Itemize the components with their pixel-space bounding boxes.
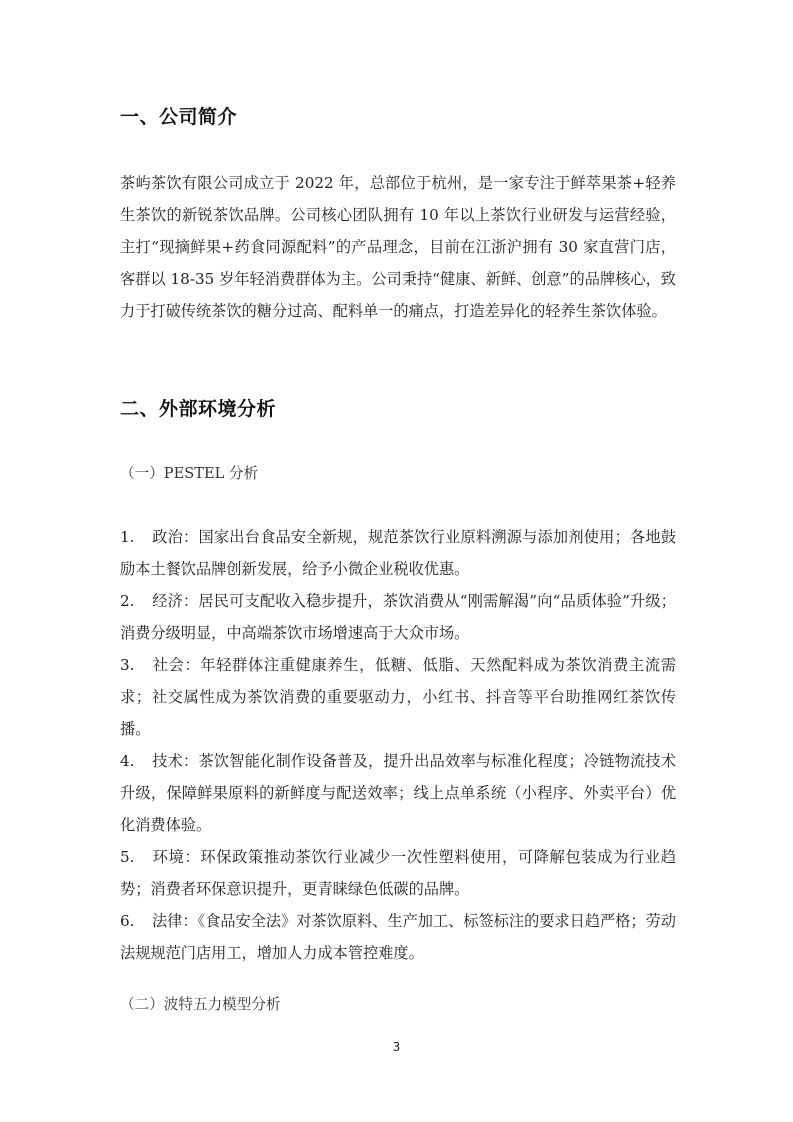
company-profile-paragraph: 茶屿茶饮有限公司成立于 2022 年，总部位于杭州，是一家专注于鲜萃果茶+轻养生… xyxy=(120,167,676,327)
list-item-text: 技术：茶饮智能化制作设备普及，提升出品效率与标准化程度；冷链物流技术升级，保障鲜… xyxy=(120,752,676,834)
document-page: 一、公司简介 茶屿茶饮有限公司成立于 2022 年，总部位于杭州，是一家专注于鲜… xyxy=(0,0,793,1122)
section-heading-external-environment: 二、外部环境分析 xyxy=(120,397,276,421)
list-item-text: 法律：《食品安全法》对茶饮原料、生产加工、标签标注的要求日趋严格；劳动法规规范门… xyxy=(120,912,676,962)
pestel-list: 1.政治：国家出台食品安全新规，规范茶饮行业原料溯源与添加剂使用；各地鼓励本土餐… xyxy=(120,521,676,969)
page-number: 3 xyxy=(0,1040,793,1054)
pestel-item-environmental: 5.环境：环保政策推动茶饮行业减少一次性塑料使用，可降解包装成为行业趋势；消费者… xyxy=(120,841,676,905)
pestel-item-economic: 2.经济：居民可支配收入稳步提升，茶饮消费从“刚需解渴”向“品质体验”升级；消费… xyxy=(120,585,676,649)
list-number: 3. xyxy=(120,649,152,681)
list-number: 2. xyxy=(120,585,152,617)
subsection-heading-pestel: （一）PESTEL 分析 xyxy=(120,464,258,484)
pestel-item-technological: 4.技术：茶饮智能化制作设备普及，提升出品效率与标准化程度；冷链物流技术升级，保… xyxy=(120,745,676,841)
section-heading-company-profile: 一、公司简介 xyxy=(120,105,237,129)
list-number: 1. xyxy=(120,521,152,553)
list-item-text: 社会：年轻群体注重健康养生，低糖、低脂、天然配料成为茶饮消费主流需求；社交属性成… xyxy=(120,656,676,738)
list-number: 6. xyxy=(120,905,152,937)
list-item-text: 环境：环保政策推动茶饮行业减少一次性塑料使用，可降解包装成为行业趋势；消费者环保… xyxy=(120,848,676,898)
pestel-item-legal: 6.法律：《食品安全法》对茶饮原料、生产加工、标签标注的要求日趋严格；劳动法规规… xyxy=(120,905,676,969)
list-item-text: 政治：国家出台食品安全新规，规范茶饮行业原料溯源与添加剂使用；各地鼓励本土餐饮品… xyxy=(120,528,676,578)
pestel-item-social: 3.社会：年轻群体注重健康养生，低糖、低脂、天然配料成为茶饮消费主流需求；社交属… xyxy=(120,649,676,745)
list-item-text: 经济：居民可支配收入稳步提升，茶饮消费从“刚需解渴”向“品质体验”升级；消费分级… xyxy=(120,592,676,642)
list-number: 5. xyxy=(120,841,152,873)
list-number: 4. xyxy=(120,745,152,777)
pestel-item-political: 1.政治：国家出台食品安全新规，规范茶饮行业原料溯源与添加剂使用；各地鼓励本土餐… xyxy=(120,521,676,585)
subsection-heading-porter-five-forces: （二）波特五力模型分析 xyxy=(120,995,281,1015)
